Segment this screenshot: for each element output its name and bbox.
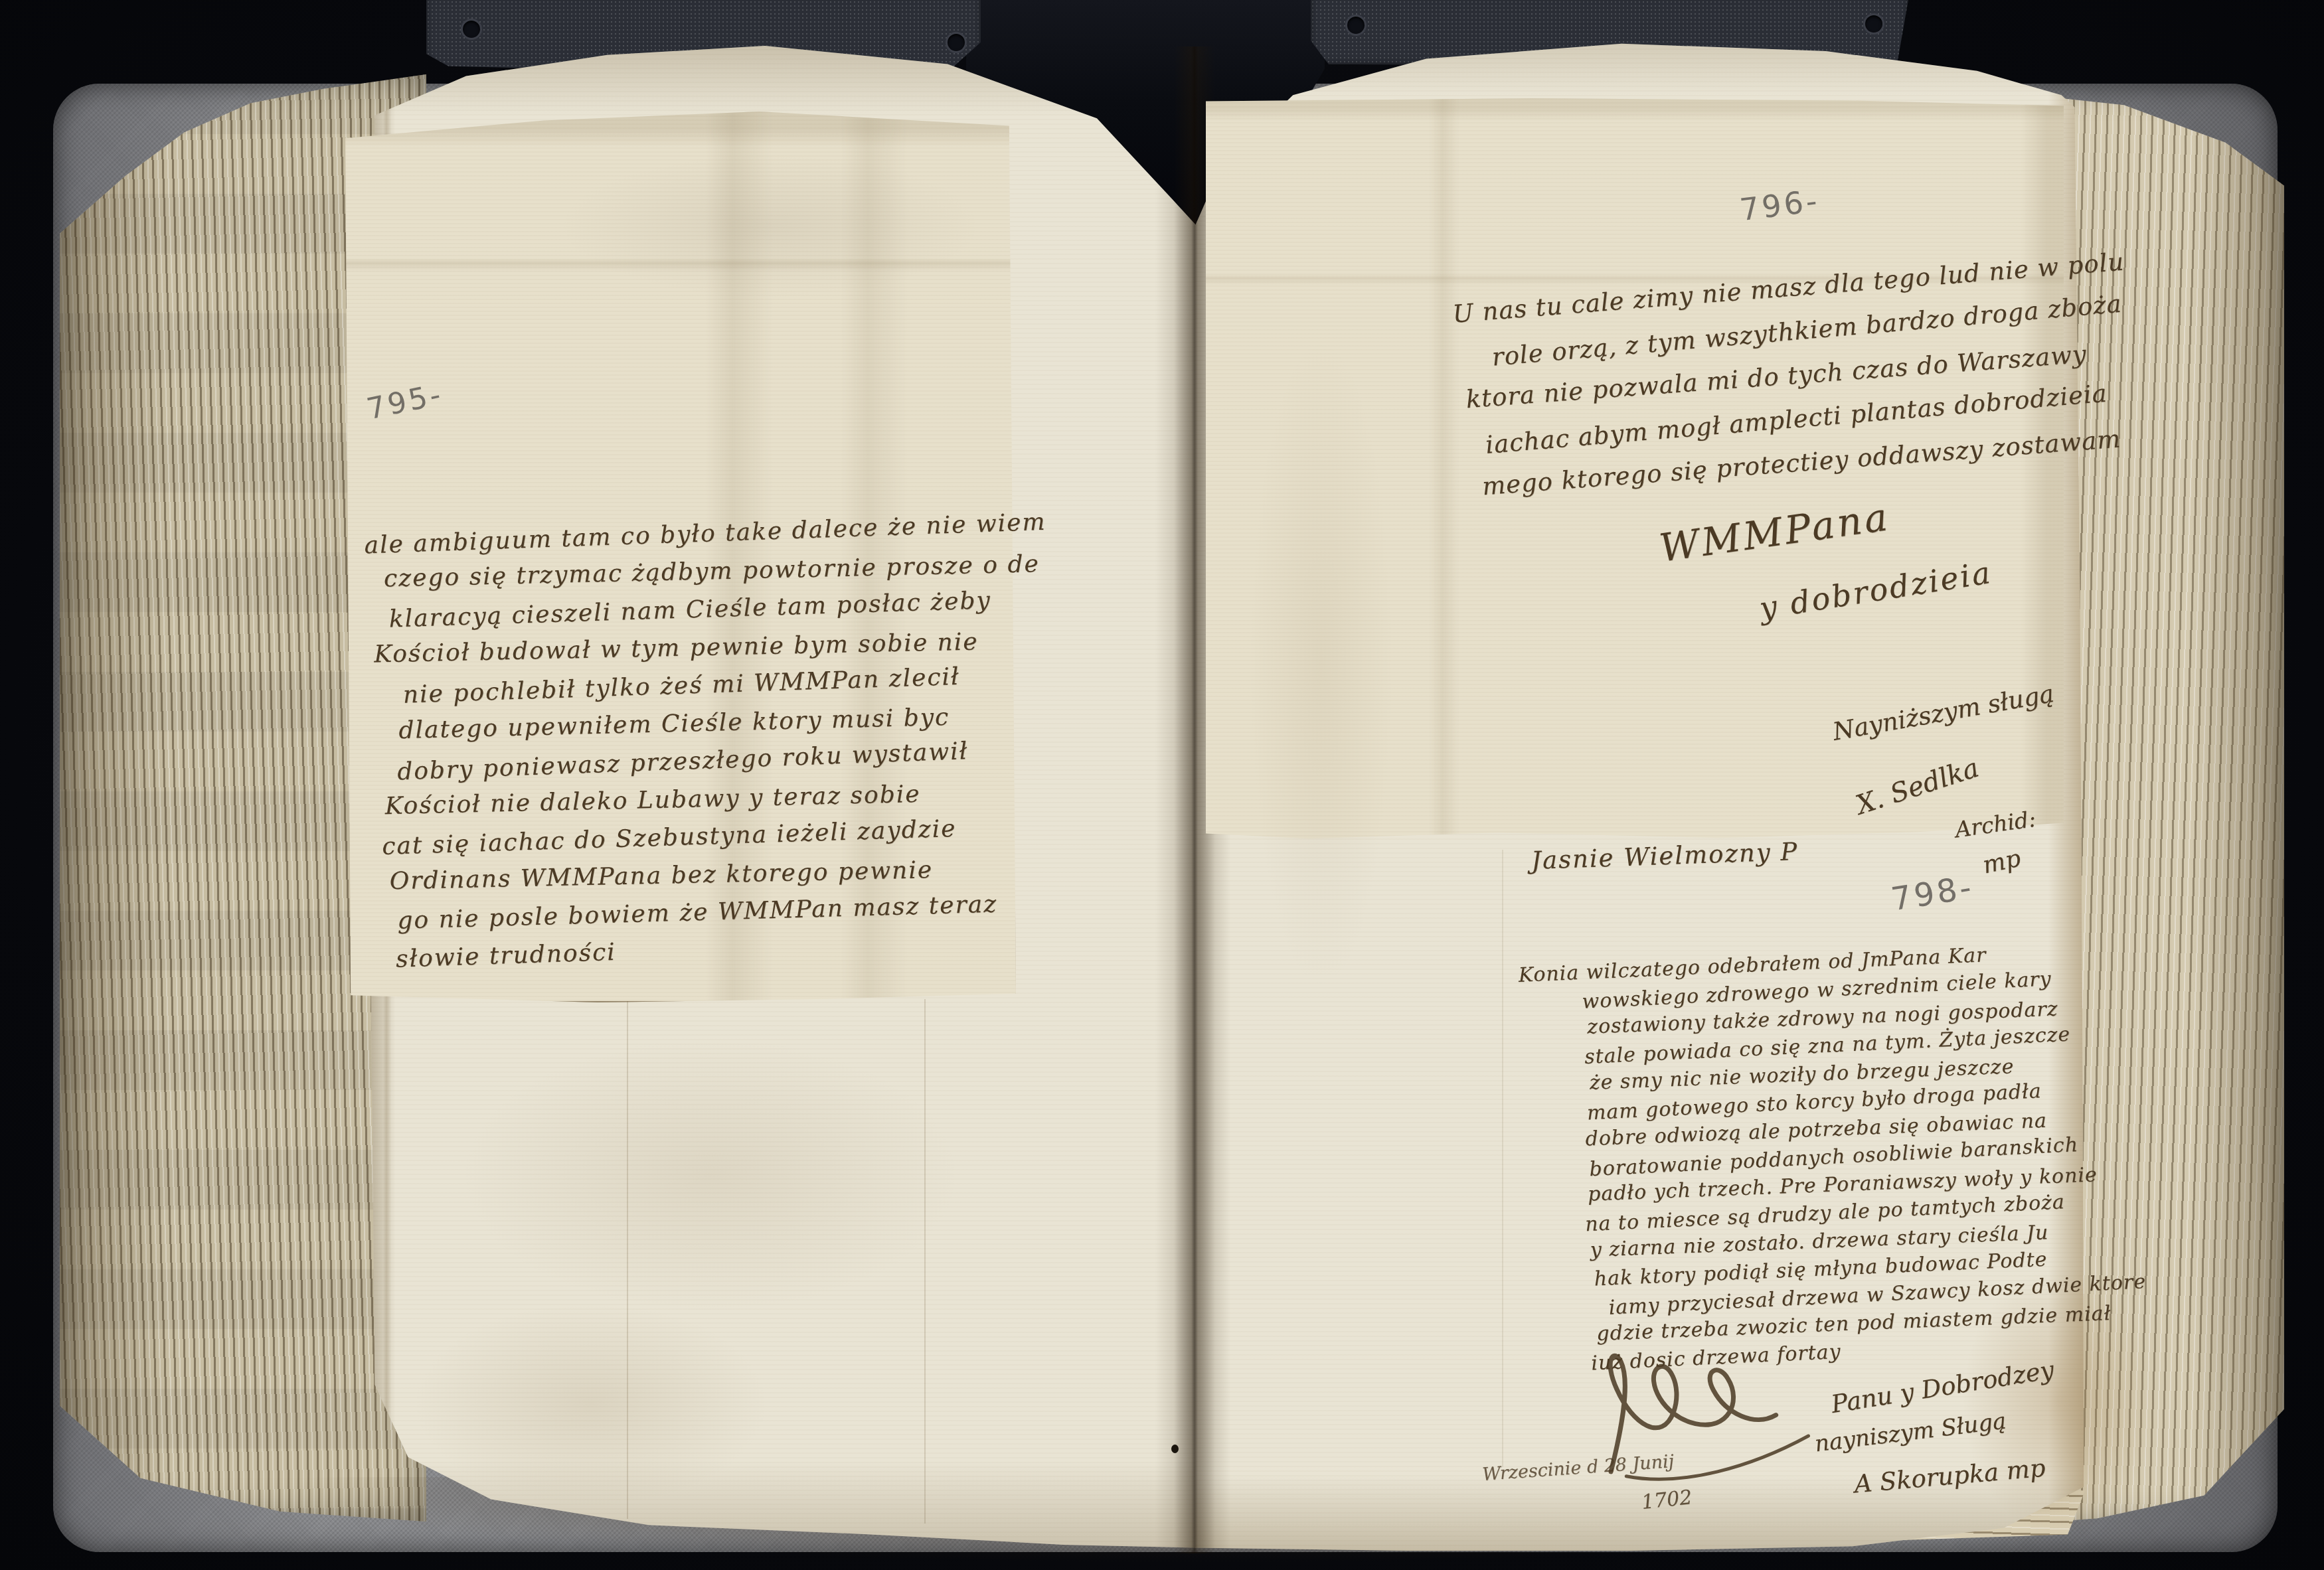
clamp-hole xyxy=(461,19,482,40)
clamp-hole xyxy=(1345,15,1367,36)
page-crease xyxy=(627,1001,628,1519)
page-crease xyxy=(924,999,926,1524)
clamp-hole xyxy=(1863,13,1884,35)
archival-book-photo: 795- 796- 798- ale ambiguum tam co było … xyxy=(0,0,2324,1570)
clamp-hole xyxy=(946,32,967,53)
page-crease xyxy=(1502,850,1503,1467)
